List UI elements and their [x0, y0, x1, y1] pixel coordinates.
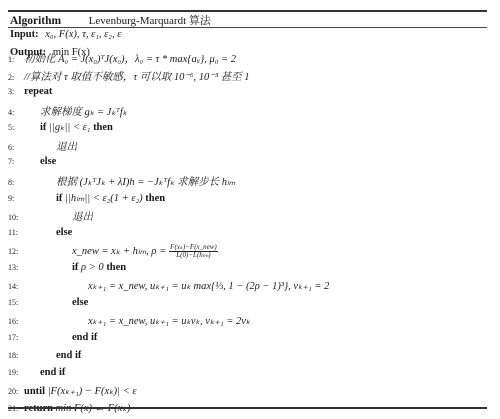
keyword: end if: [40, 367, 65, 378]
algorithm-line: 17:end if: [8, 332, 97, 349]
statement-text: ||gₖ|| < ε₁: [49, 122, 90, 133]
algorithm-line: 18:end if: [8, 350, 81, 367]
line-number: 13:: [8, 263, 24, 272]
algorithm-line: 3:repeat: [8, 86, 52, 103]
statement-text: x_new = xₖ + hₗₘ, ρ =: [72, 246, 166, 257]
keyword: if: [40, 122, 49, 133]
keyword: end if: [72, 332, 97, 343]
algorithm-line: 21:return min F(x) ← F(xₖ): [8, 402, 130, 419]
line-content: //算法对 τ 取值不敏感，τ 可以取 10⁻⁶, 10⁻³ 甚至 1: [24, 72, 249, 83]
line-number: 16:: [8, 317, 24, 326]
line-number: 1:: [8, 55, 24, 64]
line-content: if ||hₗₘ|| < ε₂(1 + ε₂) then: [56, 193, 165, 204]
line-content: end if: [40, 367, 65, 378]
algorithm-line: 15:else: [8, 297, 88, 314]
caption-keyword: Algorithm: [10, 15, 61, 27]
line-content: 根据 (JₖᵀJₖ + λI)h = −Jₖᵀfₖ 求解步长 hₗₘ: [56, 177, 235, 188]
algorithm-line: 12:x_new = xₖ + hₗₘ, ρ =F(xₖ)−F(x_new)L(…: [8, 244, 218, 261]
algorithm-line: 19:end if: [8, 367, 65, 384]
keyword: if: [56, 193, 65, 204]
line-content: 求解梯度 gₖ = Jₖᵀfₖ: [40, 107, 127, 118]
keyword: until: [24, 386, 48, 397]
algorithm-line: 6:退出: [8, 139, 77, 156]
line-number: 9:: [8, 194, 24, 203]
line-content: 退出: [72, 212, 93, 223]
statement-text: |F(xₖ₊₁) − F(xₖ)| < ε: [48, 386, 137, 397]
line-number: 21:: [8, 404, 24, 413]
line-content: until |F(xₖ₊₁) − F(xₖ)| < ε: [24, 386, 137, 397]
keyword: then: [90, 122, 112, 133]
algorithm-caption: Algorithm Levenburg-Marquardt 算法: [10, 12, 211, 28]
algorithm-line: 4:求解梯度 gₖ = Jₖᵀfₖ: [8, 104, 127, 121]
algorithm-line: 8:根据 (JₖᵀJₖ + λI)h = −Jₖᵀfₖ 求解步长 hₗₘ: [8, 174, 235, 191]
caption-rule: [8, 27, 487, 28]
keyword: if: [72, 262, 81, 273]
line-number: 19:: [8, 368, 24, 377]
line-content: xₖ₊₁ = x_new, uₖ₊₁ = uₖvₖ, vₖ₊₁ = 2vₖ: [88, 316, 250, 327]
line-number: 7:: [8, 157, 24, 166]
statement-text: 退出: [56, 142, 77, 153]
statement-text: //算法对 τ 取值不敏感，τ 可以取 10⁻⁶, 10⁻³ 甚至 1: [24, 72, 249, 83]
algorithm-line: 14:xₖ₊₁ = x_new, uₖ₊₁ = uₖ max{⅓, 1 − (2…: [8, 280, 329, 297]
statement-text: 退出: [72, 212, 93, 223]
algorithm-line: 20:until |F(xₖ₊₁) − F(xₖ)| < ε: [8, 385, 137, 402]
algorithm-line: 5:if ||gₖ|| < ε₁ then: [8, 121, 113, 138]
line-content: xₖ₊₁ = x_new, uₖ₊₁ = uₖ max{⅓, 1 − (2ρ −…: [88, 281, 329, 292]
line-content: 初始化 A₀ = J(x₀)ᵀJ(x₀)，λ₀ = τ * max{aᵢᵢ}, …: [24, 54, 236, 65]
line-content: x_new = xₖ + hₗₘ, ρ =F(xₖ)−F(x_new)L(0)−…: [72, 246, 218, 257]
line-content: end if: [56, 350, 81, 361]
line-number: 8:: [8, 178, 24, 187]
keyword: then: [104, 262, 126, 273]
line-content: else: [72, 297, 88, 308]
keyword: else: [40, 156, 56, 167]
input-label: Input:: [10, 29, 39, 40]
statement-text: 初始化 A₀ = J(x₀)ᵀJ(x₀)，λ₀ = τ * max{aᵢᵢ}, …: [24, 54, 236, 65]
keyword: repeat: [24, 86, 52, 97]
line-number: 11:: [8, 228, 24, 237]
keyword: else: [72, 297, 88, 308]
statement-text: ρ > 0: [81, 262, 104, 273]
keyword: return: [24, 403, 56, 414]
line-number: 18:: [8, 351, 24, 360]
caption-title: Levenburg-Marquardt 算法: [89, 15, 211, 27]
line-number: 4:: [8, 108, 24, 117]
keyword: else: [56, 227, 72, 238]
algorithm-line: 11:else: [8, 227, 72, 244]
keyword: end if: [56, 350, 81, 361]
line-content: if ||gₖ|| < ε₁ then: [40, 122, 113, 133]
keyword: then: [143, 193, 165, 204]
line-content: end if: [72, 332, 97, 343]
line-content: else: [56, 227, 72, 238]
statement-text: 根据 (JₖᵀJₖ + λI)h = −Jₖᵀfₖ 求解步长 hₗₘ: [56, 177, 235, 188]
fraction: F(xₖ)−F(x_new)L(0)−L(hₗₘ): [169, 244, 218, 259]
line-number: 14:: [8, 282, 24, 291]
line-number: 6:: [8, 143, 24, 152]
line-content: 退出: [56, 142, 77, 153]
input-line: Input: x₀, F(x), τ, ε₁, ε₂, ε: [10, 29, 121, 46]
input-value: x₀, F(x), τ, ε₁, ε₂, ε: [45, 29, 121, 40]
algorithm-line: 16:xₖ₊₁ = x_new, uₖ₊₁ = uₖvₖ, vₖ₊₁ = 2vₖ: [8, 315, 250, 332]
line-number: 12:: [8, 247, 24, 256]
line-content: if ρ > 0 then: [72, 262, 126, 273]
algorithm-line: 10:退出: [8, 209, 93, 226]
line-number: 20:: [8, 387, 24, 396]
line-number: 5:: [8, 123, 24, 132]
line-number: 15:: [8, 298, 24, 307]
line-content: repeat: [24, 86, 52, 97]
statement-text: min F(x) ← F(xₖ): [56, 403, 131, 414]
statement-text: xₖ₊₁ = x_new, uₖ₊₁ = uₖvₖ, vₖ₊₁ = 2vₖ: [88, 316, 250, 327]
algorithm-line: 13:if ρ > 0 then: [8, 262, 126, 279]
statement-text: 求解梯度 gₖ = Jₖᵀfₖ: [40, 107, 127, 118]
line-number: 10:: [8, 213, 24, 222]
line-number: 17:: [8, 333, 24, 342]
algorithm-line: 7:else: [8, 156, 56, 173]
line-content: return min F(x) ← F(xₖ): [24, 403, 130, 414]
algorithm-line: 9:if ||hₗₘ|| < ε₂(1 + ε₂) then: [8, 192, 165, 209]
line-number: 2:: [8, 73, 24, 82]
bottom-rule: [8, 407, 487, 409]
line-number: 3:: [8, 87, 24, 96]
algorithm-line: 2://算法对 τ 取值不敏感，τ 可以取 10⁻⁶, 10⁻³ 甚至 1: [8, 69, 249, 86]
algorithm-line: 1:初始化 A₀ = J(x₀)ᵀJ(x₀)，λ₀ = τ * max{aᵢᵢ}…: [8, 51, 236, 68]
statement-text: xₖ₊₁ = x_new, uₖ₊₁ = uₖ max{⅓, 1 − (2ρ −…: [88, 281, 329, 292]
line-content: else: [40, 156, 56, 167]
statement-text: ||hₗₘ|| < ε₂(1 + ε₂): [65, 193, 143, 204]
